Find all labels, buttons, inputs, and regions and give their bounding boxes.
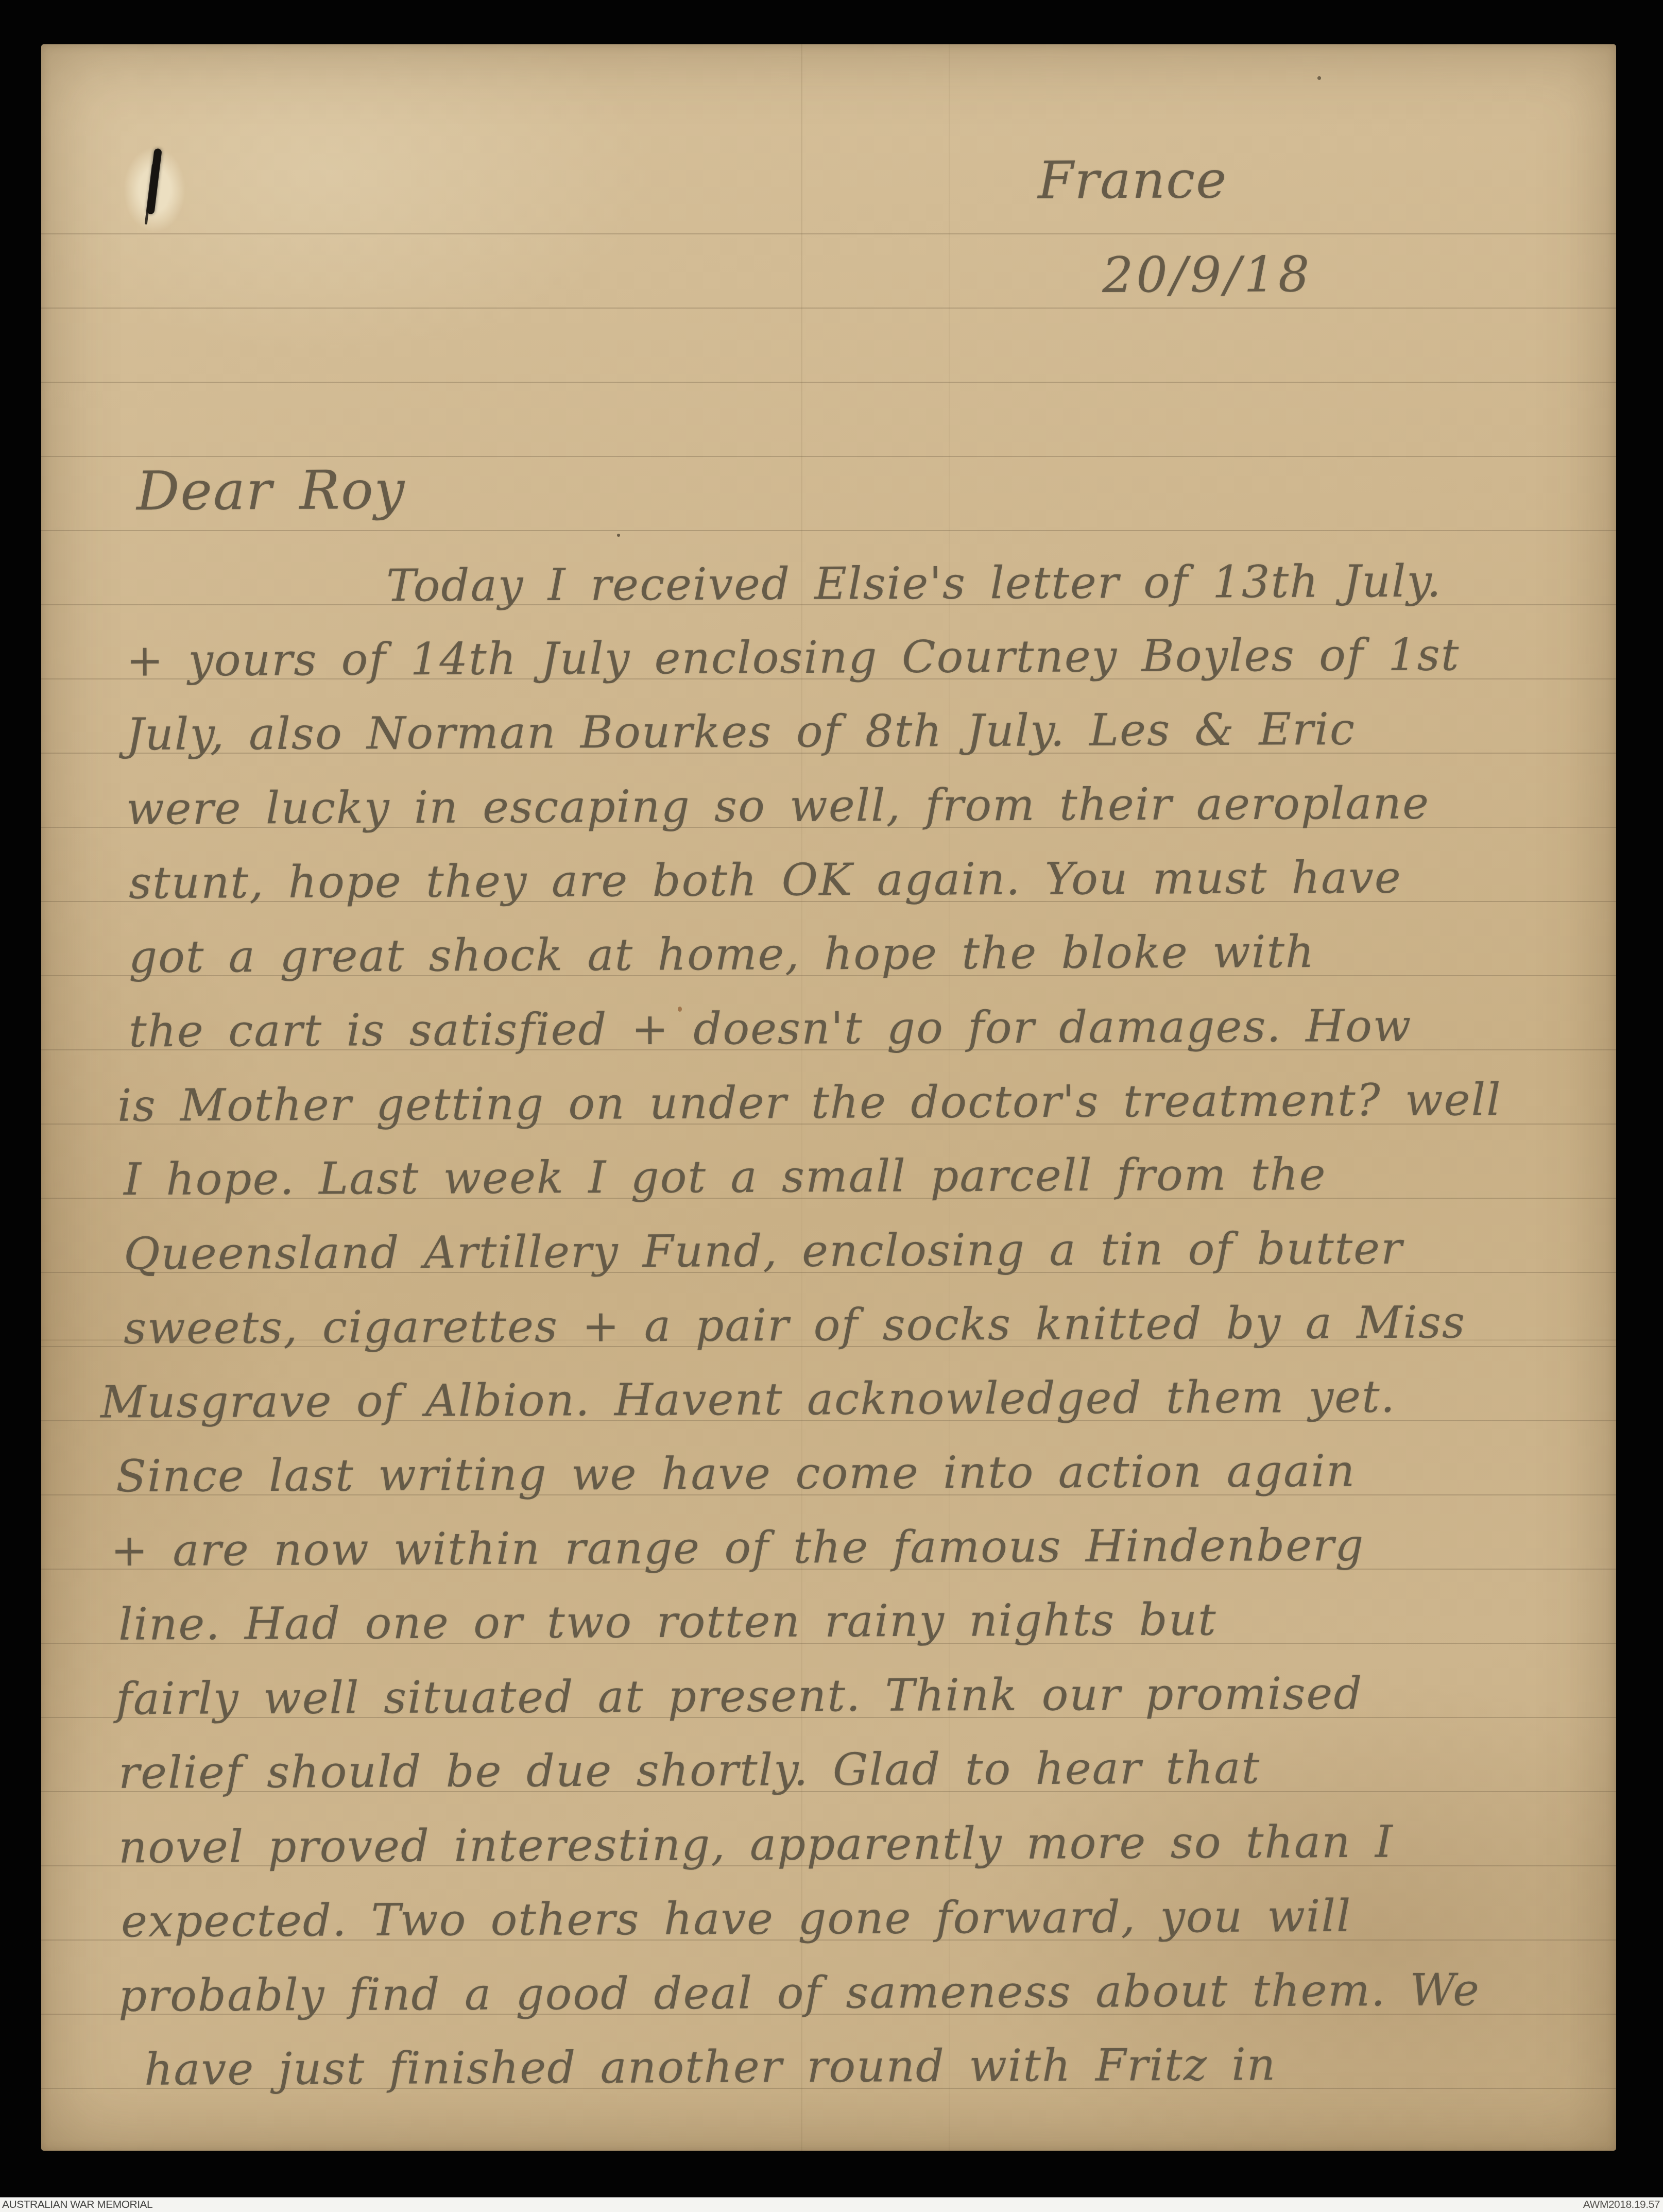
letter-line: expected. Two others have gone forward, … <box>121 1894 1352 1944</box>
letter-line: got a great shock at home, hope the blok… <box>129 930 1315 979</box>
letter-line: relief should be due shortly. Glad to he… <box>118 1746 1261 1795</box>
letter-line: Since last writing we have come into act… <box>116 1449 1356 1499</box>
pin-hole-tear <box>108 122 201 245</box>
letter-line: + yours of 14th July enclosing Courtney … <box>126 633 1460 683</box>
scanned-letter-page: France 20/9/18 Dear Roy Today I received… <box>0 0 1663 2212</box>
letter-line: is Mother getting on under the doctor's … <box>117 1078 1502 1128</box>
letter-line: have just finished another round with Fr… <box>144 2043 1277 2092</box>
archive-source: AUSTRALIAN WAR MEMORIAL <box>2 2198 152 2212</box>
letter-line: the cart is satisfied + doesn't go for d… <box>129 1004 1412 1054</box>
letter-line: Today I received Elsie's letter of 13th … <box>386 559 1442 608</box>
letter-line: probably find a good deal of sameness ab… <box>118 1968 1480 2018</box>
letter-date: 20/9/18 <box>1102 250 1313 300</box>
letter-line: + are now within range of the famous Hin… <box>111 1523 1365 1573</box>
letter-line: novel proved interesting, apparently mor… <box>118 1820 1394 1870</box>
letter-line: fairly well situated at present. Think o… <box>116 1672 1363 1722</box>
letter-line: July, also Norman Bourkes of 8th July. L… <box>126 707 1356 757</box>
letter-line: I hope. Last week I got a small parcell … <box>124 1152 1327 1202</box>
letter-line: Musgrave of Albion. Havent acknowledged … <box>100 1375 1396 1425</box>
tear-slit <box>146 148 162 215</box>
archive-reference: AWM2018.19.57 <box>1583 2198 1660 2212</box>
archive-bar: AUSTRALIAN WAR MEMORIAL AWM2018.19.57 <box>0 2197 1663 2212</box>
letter-line: line. Had one or two rotten rainy nights… <box>118 1597 1217 1646</box>
paper-speck <box>617 534 620 537</box>
letter-line: Queensland Artillery Fund, enclosing a t… <box>124 1227 1403 1277</box>
letter-place: France <box>1038 154 1228 207</box>
letter-salutation: Dear Roy <box>136 463 406 518</box>
paper-speck <box>1317 76 1321 80</box>
letter-line: sweets, cigarettes + a pair of socks kni… <box>124 1300 1466 1350</box>
letter-line: were lucky in escaping so well, from the… <box>126 781 1430 831</box>
letter-line: stunt, hope they are both OK again. You … <box>129 856 1402 906</box>
